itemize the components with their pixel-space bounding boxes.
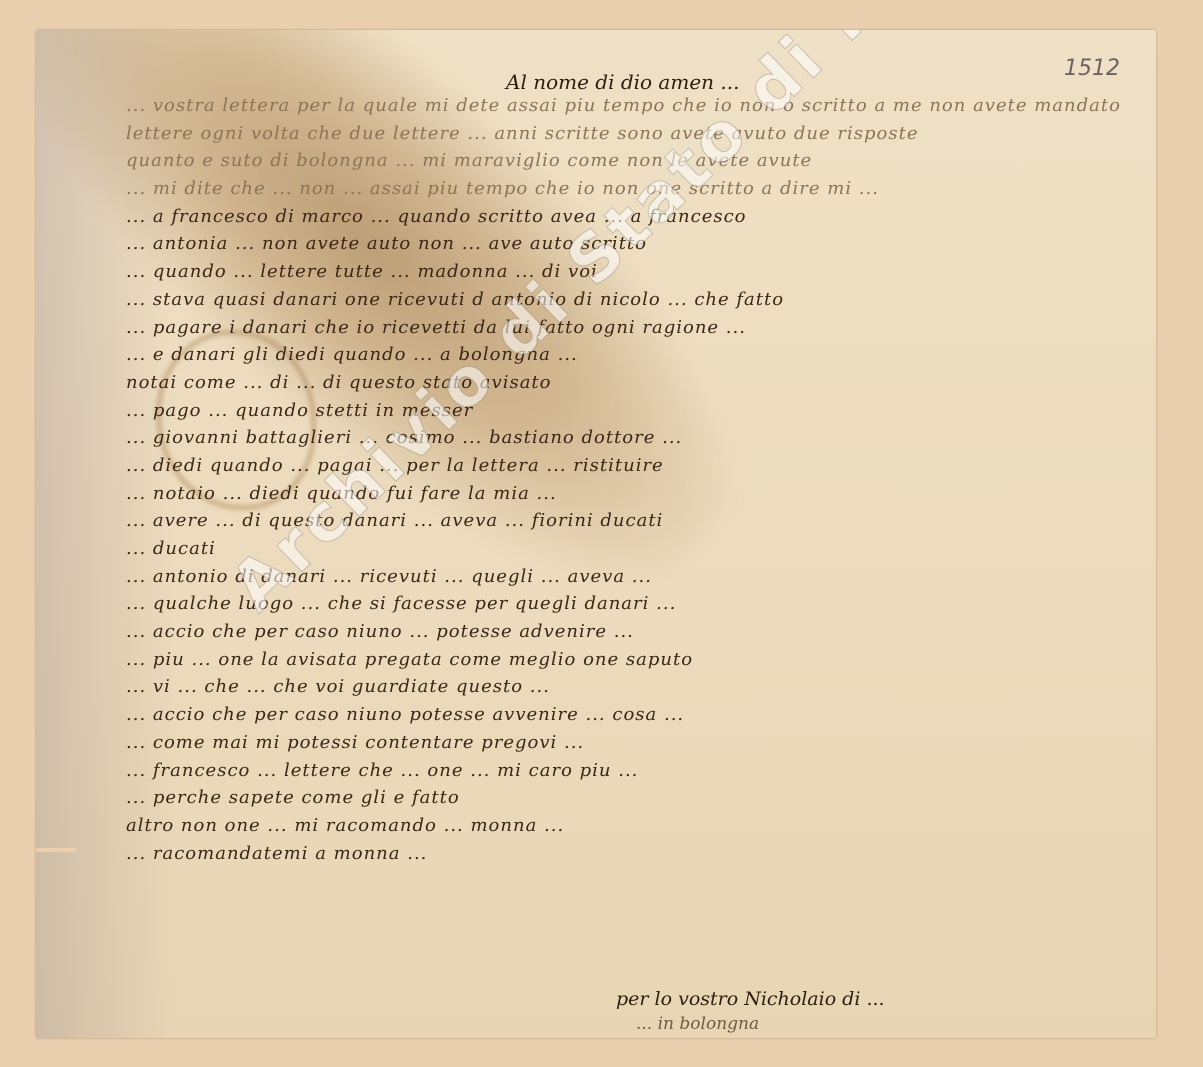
text-line: ... vostra lettera per la quale mi dete … — [126, 92, 1126, 120]
signature-location: ... in bolongna — [636, 1014, 759, 1034]
text-line: ... e danari gli diedi quando ... a bolo… — [126, 341, 1126, 369]
archive-number: 1512 — [1064, 56, 1120, 81]
signature: per lo vostro Nicholaio di ... — [616, 988, 885, 1010]
text-line: ... stava quasi danari one ricevuti d an… — [126, 286, 1126, 314]
text-line: notai come ... di ... di questo stato av… — [126, 369, 1126, 397]
letter-heading: Al nome di dio amen ... — [506, 70, 739, 94]
text-line: quanto e suto di bolongna ... mi maravig… — [126, 147, 1126, 175]
paper-tear — [36, 848, 76, 852]
text-line: ... francesco ... lettere che ... one ..… — [126, 757, 1126, 785]
text-line: ... come mai mi potessi contentare prego… — [126, 729, 1126, 757]
text-line: ... pago ... quando stetti in messer — [126, 397, 1126, 425]
text-line: ... diedi quando ... pagai ... per la le… — [126, 452, 1126, 480]
text-line: ... pagare i danari che io ricevetti da … — [126, 314, 1126, 342]
text-line: ... notaio ... diedi quando fui fare la … — [126, 480, 1126, 508]
text-line: ... piu ... one la avisata pregata come … — [126, 646, 1126, 674]
text-line: ... accio che per caso niuno ... potesse… — [126, 618, 1126, 646]
text-line: ... giovanni battaglieri ... cosimo ... … — [126, 424, 1126, 452]
text-line: ... accio che per caso niuno potesse avv… — [126, 701, 1126, 729]
text-line: ... racomandatemi a monna ... — [126, 840, 1126, 868]
text-line: ... perche sapete come gli e fatto — [126, 784, 1126, 812]
text-line: lettere ogni volta che due lettere ... a… — [126, 120, 1126, 148]
text-line: ... vi ... che ... che voi guardiate que… — [126, 673, 1126, 701]
text-line: altro non one ... mi racomando ... monna… — [126, 812, 1126, 840]
manuscript-page: 1512 Al nome di dio amen ... ... vostra … — [36, 30, 1156, 1038]
